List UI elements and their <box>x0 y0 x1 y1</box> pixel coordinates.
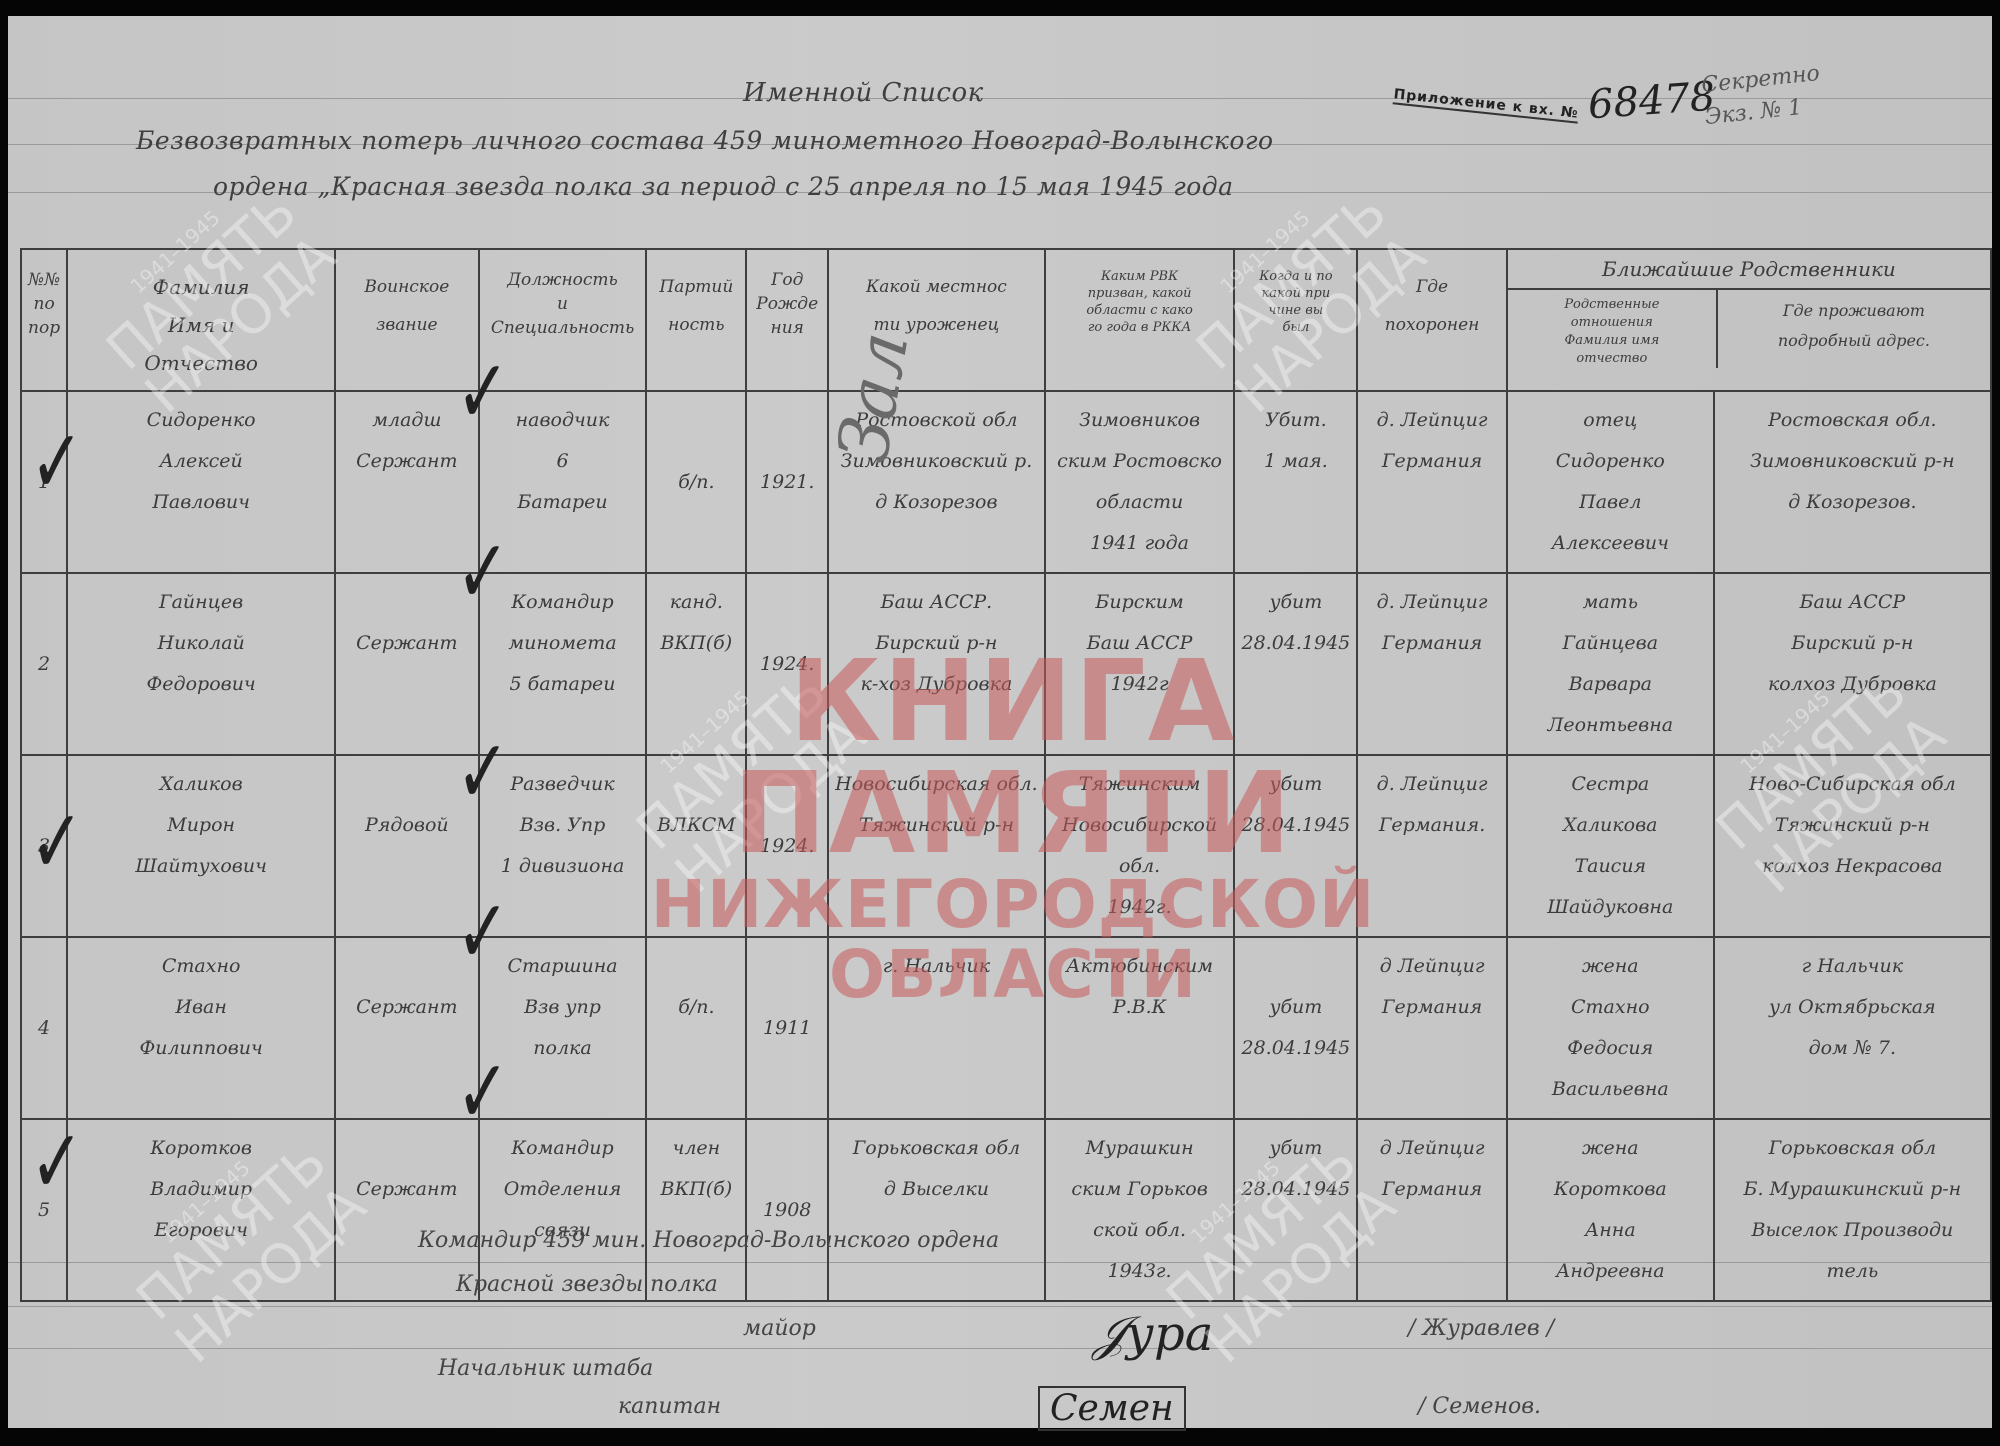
cell-burial: д. ЛейпцигГермания. <box>1357 755 1507 937</box>
cell-draft-office: Зимовниковским Ростовскообласти1941 года <box>1045 391 1235 573</box>
classification-mark: Секретно Экз. № 1 <box>1700 58 1825 134</box>
signature-chief-rank: капитан <box>618 1394 721 1419</box>
header-draft-office: Каким РВК призван, какой области с како … <box>1045 249 1235 391</box>
checkmark-icon: ✓ <box>456 521 510 625</box>
checkmark-icon: ✓ <box>456 721 510 825</box>
cell-date-cause: Убит.1 мая. <box>1234 391 1357 573</box>
cell-draft-office: Мурашкинским Горьковской обл.1943г. <box>1045 1119 1235 1301</box>
signature-commander-line1: Командир 459 мин. Новоград-Волынского ор… <box>418 1228 999 1253</box>
cell-party: б/п. <box>646 391 746 573</box>
document-page: Именной Список Безвозвратных потерь личн… <box>8 16 1992 1428</box>
document-subtitle-line1: Безвозвратных потерь личного состава 459… <box>136 126 1274 155</box>
cell-address: Ново-Сибирская облТяжинский р-нколхоз Не… <box>1714 755 1991 937</box>
header-relatives: Ближайшие Родственники Родственные отнош… <box>1507 249 1991 391</box>
cell-burial: д ЛейпцигГермания <box>1357 937 1507 1119</box>
checkmark-icon: ✓ <box>30 791 84 895</box>
cell-draft-office: ТяжинскимНовосибирскойобл.1942г. <box>1045 755 1235 937</box>
ruled-line <box>8 1306 1992 1307</box>
checkmark-icon: ✓ <box>30 411 84 515</box>
document-subtitle-line2: ордена „Красная звезда полка за период с… <box>213 172 1234 201</box>
cell-birth-year: 1921. <box>746 391 828 573</box>
cell-birth-year: 1924. <box>746 573 828 755</box>
signature-commander-rank: майор <box>743 1316 816 1341</box>
checkmark-icon: ✓ <box>30 1111 84 1215</box>
cell-party: ВЛКСМ <box>646 755 746 937</box>
table-row: 5КоротковВладимирЕгорович СержантКоманди… <box>21 1119 1991 1301</box>
checkmark-icon: ✓ <box>456 1041 510 1145</box>
table-row: 3ХаликовМиронШайтухович РядовойРазведчик… <box>21 755 1991 937</box>
cell-name: СидоренкоАлексейПавлович <box>67 391 335 573</box>
checkmark-icon: ✓ <box>456 341 510 445</box>
cell-num: 4 <box>21 937 67 1119</box>
signature-chief-name: / Семенов. <box>1418 1394 1541 1419</box>
cell-burial: д. ЛейпцигГермания <box>1357 391 1507 573</box>
cell-date-cause: убит28.04.1945 <box>1234 937 1357 1119</box>
cell-address: г Нальчикул Октябрьскаядом № 7. <box>1714 937 1991 1119</box>
header-address: Где проживают подробный адрес. <box>1718 290 1990 368</box>
checkmark-icon: ✓ <box>456 881 510 985</box>
header-name: Фамилия Имя и Отчество <box>67 249 335 391</box>
cell-num: 2 <box>21 573 67 755</box>
signature-commander-line2: Красной звезды полка <box>456 1272 718 1297</box>
handwritten-signature-1: 𝒥ура <box>1093 1306 1213 1363</box>
cell-burial: д ЛейпцигГермания <box>1357 1119 1507 1301</box>
cell-relation: отецСидоренкоПавелАлексеевич <box>1507 391 1714 573</box>
cell-birth-year: 1908 <box>746 1119 828 1301</box>
cell-party: б/п. <box>646 937 746 1119</box>
handwritten-signature-2: Семен <box>1038 1386 1186 1431</box>
cell-birthplace: Новосибирская обл.Тяжинский р-н <box>828 755 1045 937</box>
header-party: Партий ность <box>646 249 746 391</box>
cell-birth-year: 1924. <box>746 755 828 937</box>
cell-draft-office: АктюбинскимР.В.К <box>1045 937 1235 1119</box>
cell-birthplace: Баш АССР.Бирский р-нк-хоз Дубровка <box>828 573 1045 755</box>
cell-birthplace: г. Нальчик <box>828 937 1045 1119</box>
cell-relation: матьГайнцеваВарвараЛеонтьевна <box>1507 573 1714 755</box>
incoming-stamp: Приложение к вх. № <box>1393 86 1580 123</box>
table-row: 1СидоренкоАлексейПавловичмладшСержантнав… <box>21 391 1991 573</box>
signature-commander-name: / Журавлев / <box>1408 1316 1554 1341</box>
cell-address: Баш АССРБирский р-нколхоз Дубровка <box>1714 573 1991 755</box>
document-title: Именной Список <box>743 78 984 108</box>
header-date-cause: Когда и по какой при чине вы был <box>1234 249 1357 391</box>
header-num: №№ по пор <box>21 249 67 391</box>
cell-relation: СестраХаликоваТаисияШайдуковна <box>1507 755 1714 937</box>
header-burial: Где похоронен <box>1357 249 1507 391</box>
cell-name: СтахноИванФилиппович <box>67 937 335 1119</box>
cell-name: ГайнцевНиколайФедорович <box>67 573 335 755</box>
document-number: 68478 <box>1587 74 1717 129</box>
ruled-line <box>8 1348 1992 1349</box>
cell-relation: женаСтахноФедосияВасильевна <box>1507 937 1714 1119</box>
signature-chief-title: Начальник штаба <box>438 1356 653 1381</box>
cell-relation: женаКоротковаАннаАндреевна <box>1507 1119 1714 1301</box>
cell-date-cause: убит28.04.1945 <box>1234 1119 1357 1301</box>
cell-birth-year: 1911 <box>746 937 828 1119</box>
header-relation: Родственные отношения Фамилия имя отчест… <box>1508 290 1718 368</box>
cell-party: канд.ВКП(б) <box>646 573 746 755</box>
header-birth-year: Год Рожде ния <box>746 249 828 391</box>
cell-burial: д. ЛейпцигГермания <box>1357 573 1507 755</box>
cell-date-cause: убит28.04.1945 <box>1234 573 1357 755</box>
cell-draft-office: БирскимБаш АССР1942г <box>1045 573 1235 755</box>
cell-name: ХаликовМиронШайтухович <box>67 755 335 937</box>
cell-name: КоротковВладимирЕгорович <box>67 1119 335 1301</box>
cell-address: Ростовская обл.Зимовниковский р-нд Козор… <box>1714 391 1991 573</box>
casualty-table: №№ по пор Фамилия Имя и Отчество Воинско… <box>20 248 1992 1302</box>
header-relatives-group: Ближайшие Родственники <box>1508 250 1990 290</box>
table-header-row: №№ по пор Фамилия Имя и Отчество Воинско… <box>21 249 1991 391</box>
cell-birthplace: Горьковская облд Выселки <box>828 1119 1045 1301</box>
cell-address: Горьковская облБ. Мурашкинский р-нВысело… <box>1714 1119 1991 1301</box>
table-row: 2ГайнцевНиколайФедорович СержантКомандир… <box>21 573 1991 755</box>
table-row: 4СтахноИванФилиппович СержантСтаршинаВзв… <box>21 937 1991 1119</box>
cell-date-cause: убит28.04.1945 <box>1234 755 1357 937</box>
